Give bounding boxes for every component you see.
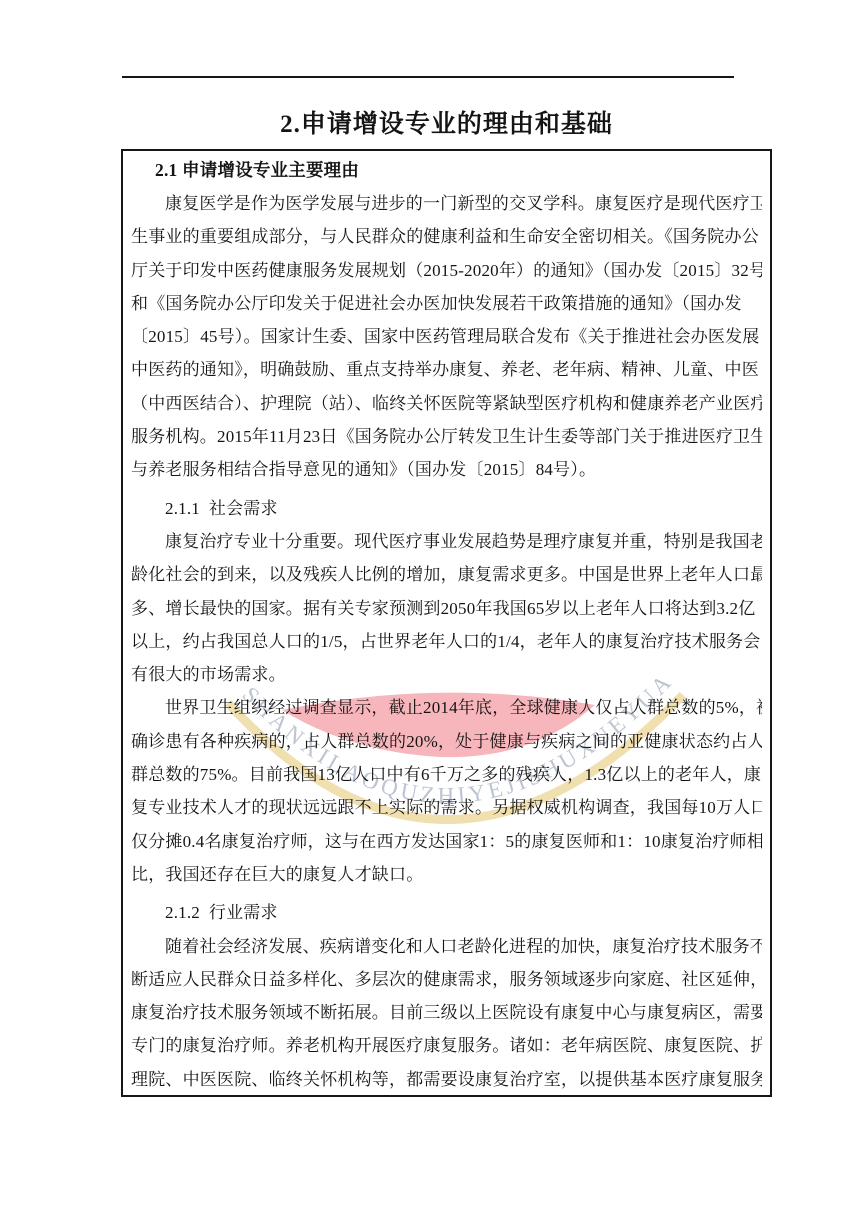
document-page: 2.申请增设专业的理由和基础 SHANXILAOQUZHIYEJISHUXUEY…	[0, 0, 860, 1217]
section-heading: 2.1 申请增设专业主要理由	[131, 153, 762, 187]
text-line: 仅分摊0.4名康复治疗师，这与在西方发达国家1：5的康复医师和1：10康复治疗师…	[131, 825, 762, 858]
section-heading: 2.1.1 社会需求	[131, 492, 762, 525]
text-line: 生事业的重要组成部分，与人民群众的健康利益和生命安全密切相关。《国务院办公	[131, 220, 762, 253]
content-box: 2.1 申请增设专业主要理由康复医学是作为医学发展与进步的一门新型的交叉学科。康…	[121, 149, 772, 1097]
text-line: 世界卫生组织经过调查显示，截止2014年底，全球健康人仅占人群总数的5%，被	[131, 691, 762, 724]
text-line: 服务机构。2015年11月23日《国务院办公厅转发卫生计生委等部门关于推进医疗卫…	[131, 420, 762, 453]
text-line: 与养老服务相结合指导意见的通知》（国办发〔2015〕84号）。	[131, 453, 762, 486]
text-line: 理院、中医医院、临终关怀机构等，都需要设康复治疗室，以提供基本医疗康复服务	[131, 1063, 762, 1096]
text-line: 中医药的通知》，明确鼓励、重点支持举办康复、养老、老年病、精神、儿童、中医	[131, 353, 762, 386]
text-line: 确诊患有各种疾病的，占人群总数的20%，处于健康与疾病之间的亚健康状态约占人	[131, 725, 762, 758]
page-title: 2.申请增设专业的理由和基础	[121, 104, 772, 140]
text-line: 专门的康复治疗师。养老机构开展医疗康复服务。诸如：老年病医院、康复医院、护	[131, 1029, 762, 1062]
text-line: 多、增长最快的国家。据有关专家预测到2050年我国65岁以上老年人口将达到3.2…	[131, 592, 762, 625]
text-line: 群总数的75%。目前我国13亿人口中有6千万之多的残疾人，1.3亿以上的老年人，…	[131, 758, 762, 791]
text-line: 以上，约占我国总人口的1/5，占世界老年人口的1/4，老年人的康复治疗技术服务会	[131, 625, 762, 658]
text-line: 有很大的市场需求。	[131, 658, 762, 691]
section-heading: 2.1.2 行业需求	[131, 896, 762, 929]
text-line: （中西医结合）、护理院（站）、临终关怀医院等紧缺型医疗机构和健康养老产业医疗	[131, 387, 762, 420]
text-line: 康复医学是作为医学发展与进步的一门新型的交叉学科。康复医疗是现代医疗卫	[131, 187, 762, 220]
text-line: 康复治疗专业十分重要。现代医疗事业发展趋势是理疗康复并重，特别是我国老	[131, 525, 762, 558]
text-line: 比，我国还存在巨大的康复人才缺口。	[131, 858, 762, 891]
top-rule	[122, 76, 734, 78]
text-line: 〔2015〕45号）。国家计生委、国家中医药管理局联合发布《关于推进社会办医发展	[131, 320, 762, 353]
text-line: 和《国务院办公厅印发关于促进社会办医加快发展若干政策措施的通知》（国办发	[131, 287, 762, 320]
text-line: 复专业技术人才的现状远远跟不上实际的需求。另据权威机构调查，我国每10万人口	[131, 791, 762, 824]
text-line: 随着社会经济发展、疾病谱变化和人口老龄化进程的加快，康复治疗技术服务不	[131, 930, 762, 963]
text-line: 断适应人民群众日益多样化、多层次的健康需求，服务领域逐步向家庭、社区延伸，	[131, 963, 762, 996]
text-line: 康复治疗技术服务领域不断拓展。目前三级以上医院设有康复中心与康复病区，需要	[131, 996, 762, 1029]
text-line: 龄化社会的到来，以及残疾人比例的增加，康复需求更多。中国是世界上老年人口最	[131, 558, 762, 591]
text-line: 厅关于印发中医药健康服务发展规划（2015-2020年）的通知》（国办发〔201…	[131, 254, 762, 287]
